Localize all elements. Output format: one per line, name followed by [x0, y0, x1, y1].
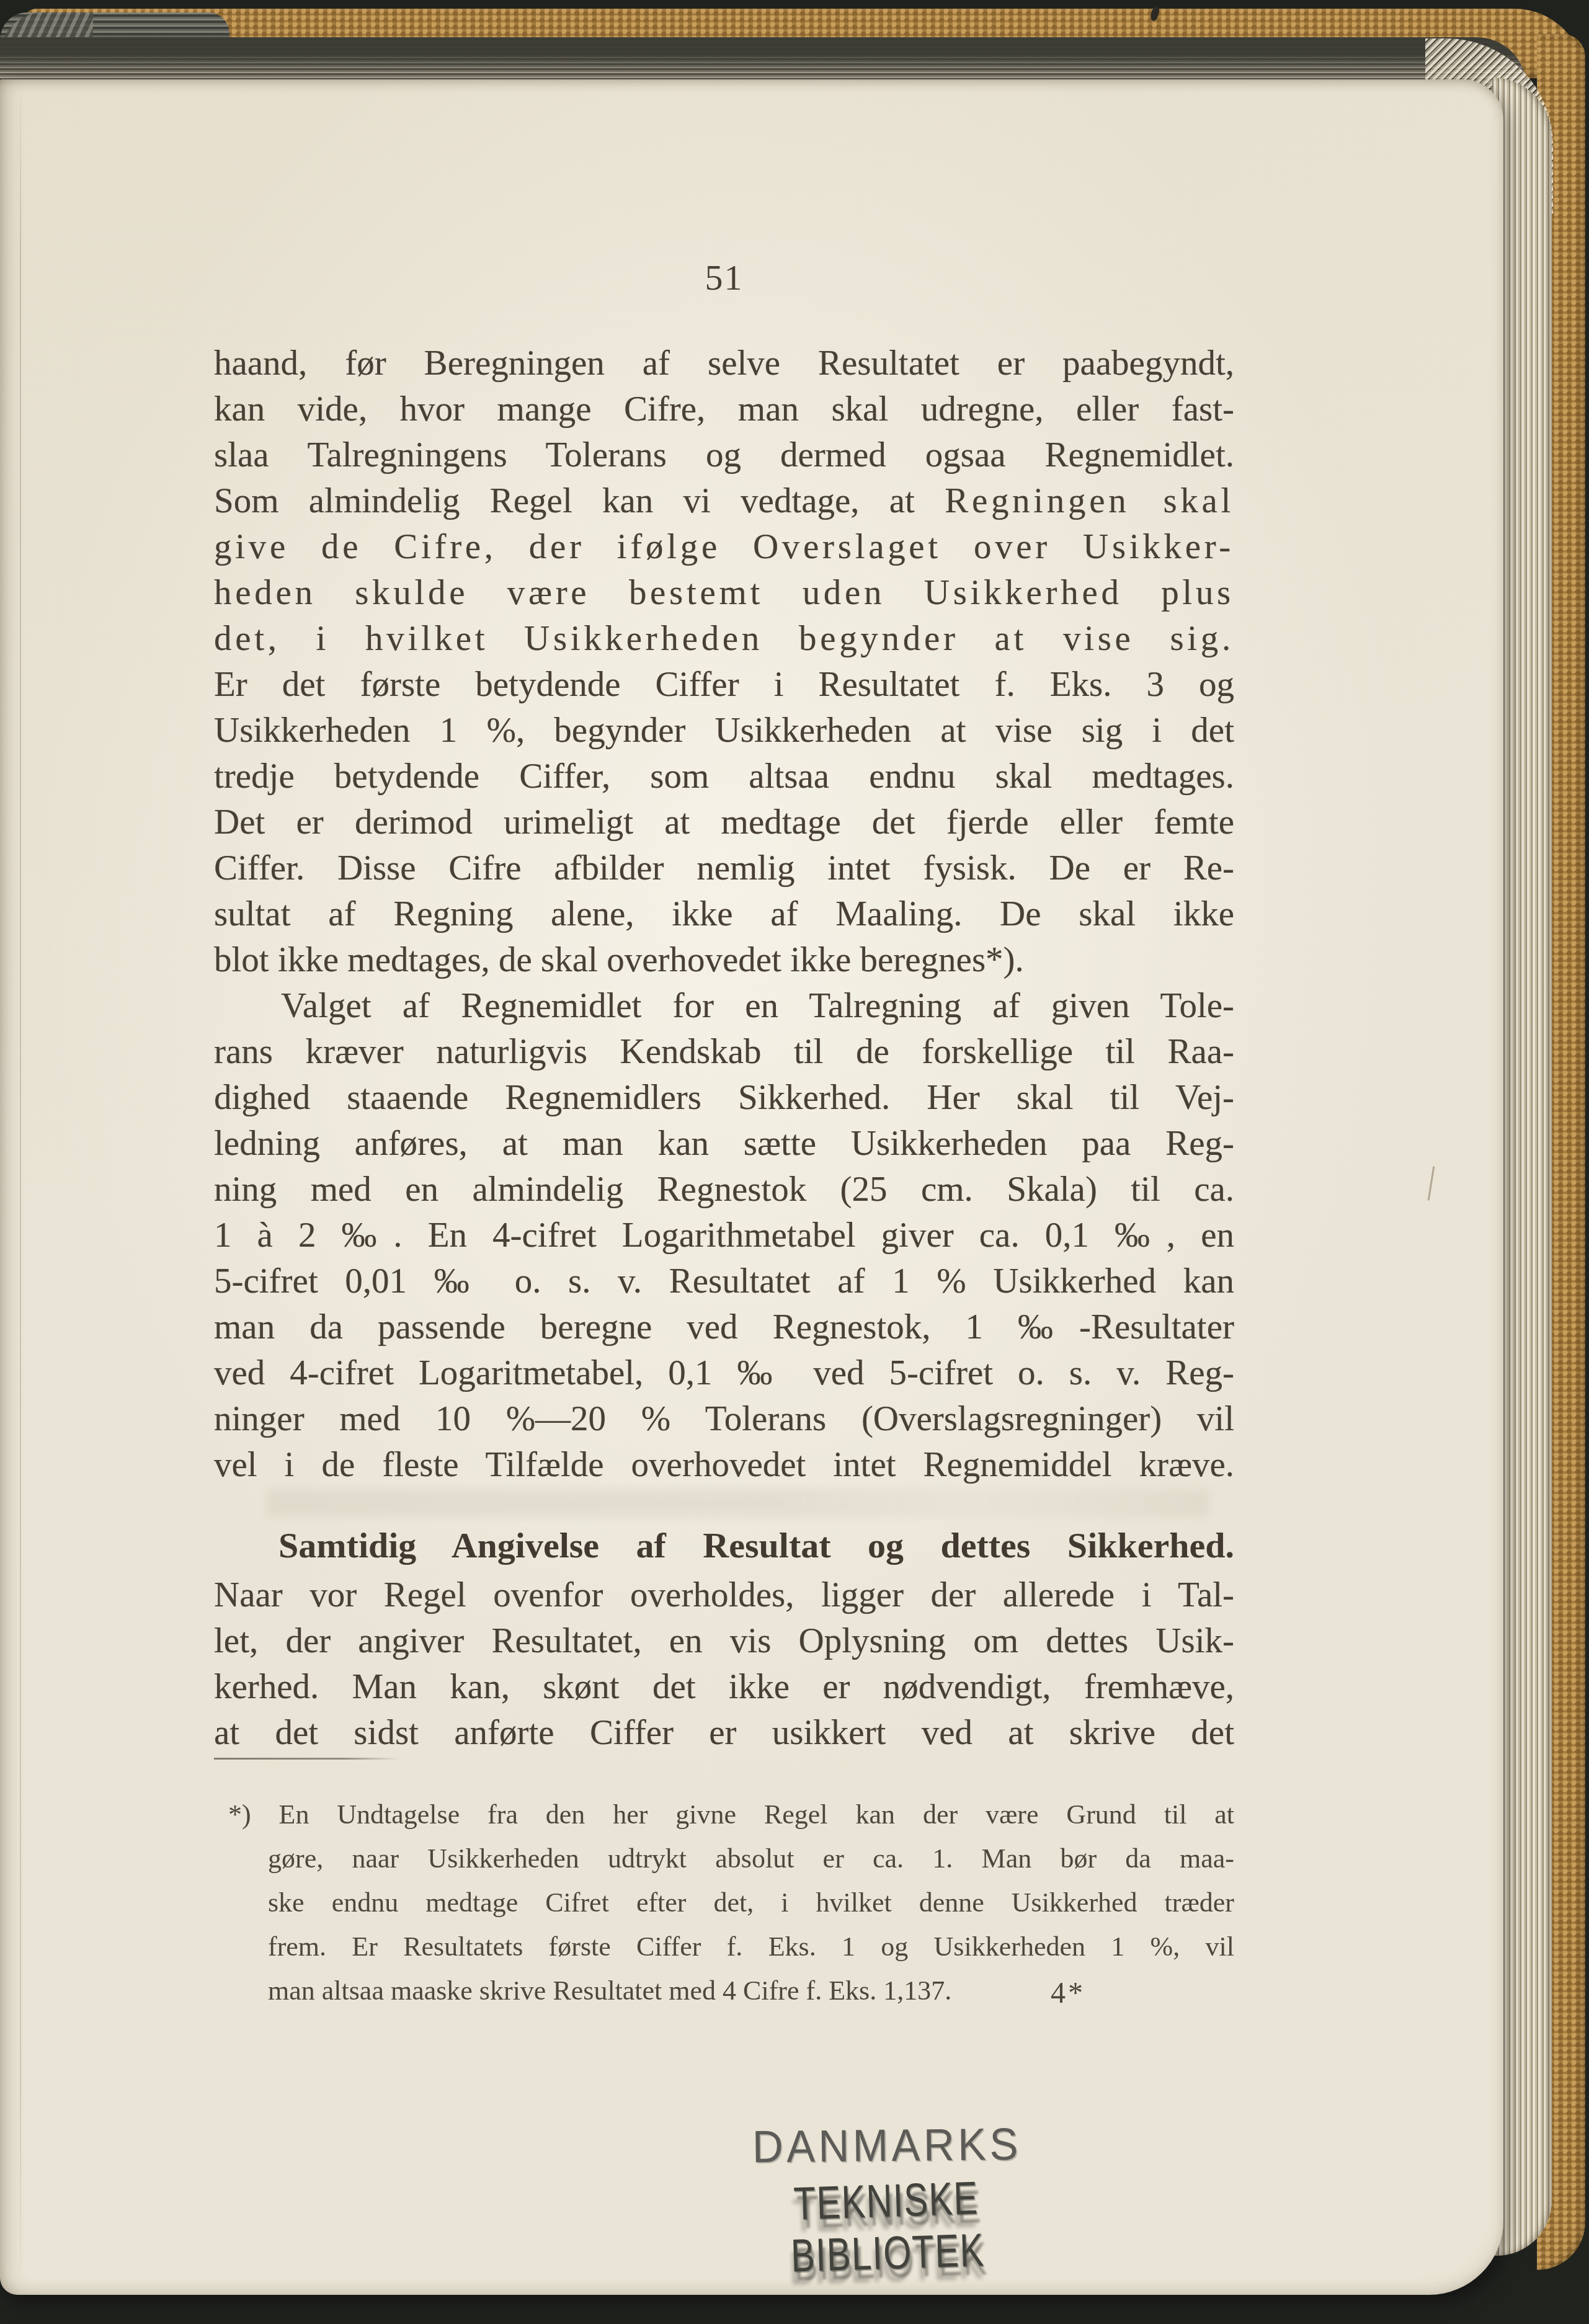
- footnote-separator-rule: [214, 1758, 400, 1760]
- text-line: ning med en almindelig Regnestok (25 cm.…: [214, 1167, 1234, 1213]
- text-line: tredje betydende Ciffer, som altsaa endn…: [214, 754, 1234, 799]
- footnote-line: frem. Er Resultatets første Ciffer f. Ek…: [228, 1925, 1234, 1969]
- text-line: 5-cifret 0,01 ‰ o. s. v. Resultatet af 1…: [214, 1258, 1234, 1304]
- text-line: at det sidst anførte Ciffer er usikkert …: [214, 1710, 1234, 1756]
- text-line: vel i de fleste Tilfælde overhovedet int…: [214, 1442, 1234, 1488]
- stamp-line-2: TEKNISKE BIBLIOTEK: [695, 2168, 1080, 2284]
- stamp-line-1: DANMARKS: [654, 2119, 1121, 2173]
- text-line: sultat af Regning alene, ikke af Maaling…: [214, 891, 1234, 937]
- text-line: give de Cifre, der ifølge Overslaget ove…: [214, 524, 1234, 570]
- text-line: man da passende beregne ved Regnestok, 1…: [214, 1304, 1234, 1350]
- text-line: blot ikke medtages, de skal overhovedet …: [214, 937, 1234, 983]
- text-line: Valget af Regnemidlet for en Talregning …: [214, 983, 1234, 1029]
- text-line: det, i hvilket Usikkerheden begynder at …: [214, 616, 1234, 662]
- footnote-line: gøre, naar Usikkerheden udtrykt absolut …: [228, 1836, 1234, 1881]
- text-line: kerhed. Man kan, skønt det ikke er nødve…: [214, 1664, 1234, 1710]
- text-line: kan vide, hvor mange Cifre, man skal udr…: [214, 386, 1234, 432]
- text-line: Ciffer. Disse Cifre afbilder nemlig inte…: [214, 845, 1234, 891]
- footnote-line: ske endnu medtage Cifret efter det, i hv…: [228, 1881, 1234, 1925]
- library-stamp: DANMARKS TEKNISKE BIBLIOTEK: [639, 2121, 1135, 2279]
- paragraph-block: Naar vor Regel ovenfor overholdes, ligge…: [214, 1572, 1234, 1756]
- section-heading: Samtidig Angivelse af Resultat og dettes…: [214, 1523, 1234, 1569]
- text-line: Naar vor Regel ovenfor overholdes, ligge…: [214, 1572, 1234, 1618]
- footnote-line: *) En Undtagelse fra den her givne Regel…: [228, 1792, 1234, 1836]
- text-line: let, der angiver Resultatet, en vis Oply…: [214, 1618, 1234, 1664]
- text-line: haand, før Beregningen af selve Resultat…: [214, 341, 1234, 386]
- text-line: 1 à 2 ‰. En 4-cifret Logarithmetabel giv…: [214, 1213, 1234, 1258]
- page-number: 51: [214, 256, 1234, 300]
- text-line: slaa Talregningens Tolerans og dermed og…: [214, 432, 1234, 478]
- text-line: Er det første betydende Ciffer i Resulta…: [214, 662, 1234, 708]
- text-line: Usikkerheden 1 %, begynder Usikkerheden …: [214, 708, 1234, 754]
- text-line: heden skulde være bestemt uden Usikkerhe…: [214, 570, 1234, 616]
- text-line: Som almindelig Regel kan vi vedtage, at …: [214, 478, 1234, 524]
- text-line: ledning anføres, at man kan sætte Usikke…: [214, 1121, 1234, 1167]
- page-gutter-crease: [20, 79, 21, 2295]
- text-line: rans kræver naturligvis Kendskab til de …: [214, 1029, 1234, 1075]
- text-line: Det er derimod urimeligt at medtage det …: [214, 799, 1234, 845]
- signature-mark: 4*: [1051, 1976, 1085, 2010]
- text-line: dighed staaende Regnemidlers Sikkerhed. …: [214, 1075, 1234, 1121]
- scratch-mark: [1428, 1166, 1435, 1201]
- text-line: ved 4-cifret Logaritmetabel, 0,1 ‰ ved 5…: [214, 1350, 1234, 1396]
- book-scan-photo: 51 haand, før Beregningen af selve Resul…: [0, 0, 1589, 2324]
- body-text-block: haand, før Beregningen af selve Resultat…: [214, 341, 1234, 1488]
- book-page: 51 haand, før Beregningen af selve Resul…: [0, 79, 1503, 2295]
- show-through-ghost: [267, 1489, 1209, 1517]
- text-line: ninger med 10 %—20 % Tolerans (Overslags…: [214, 1396, 1234, 1442]
